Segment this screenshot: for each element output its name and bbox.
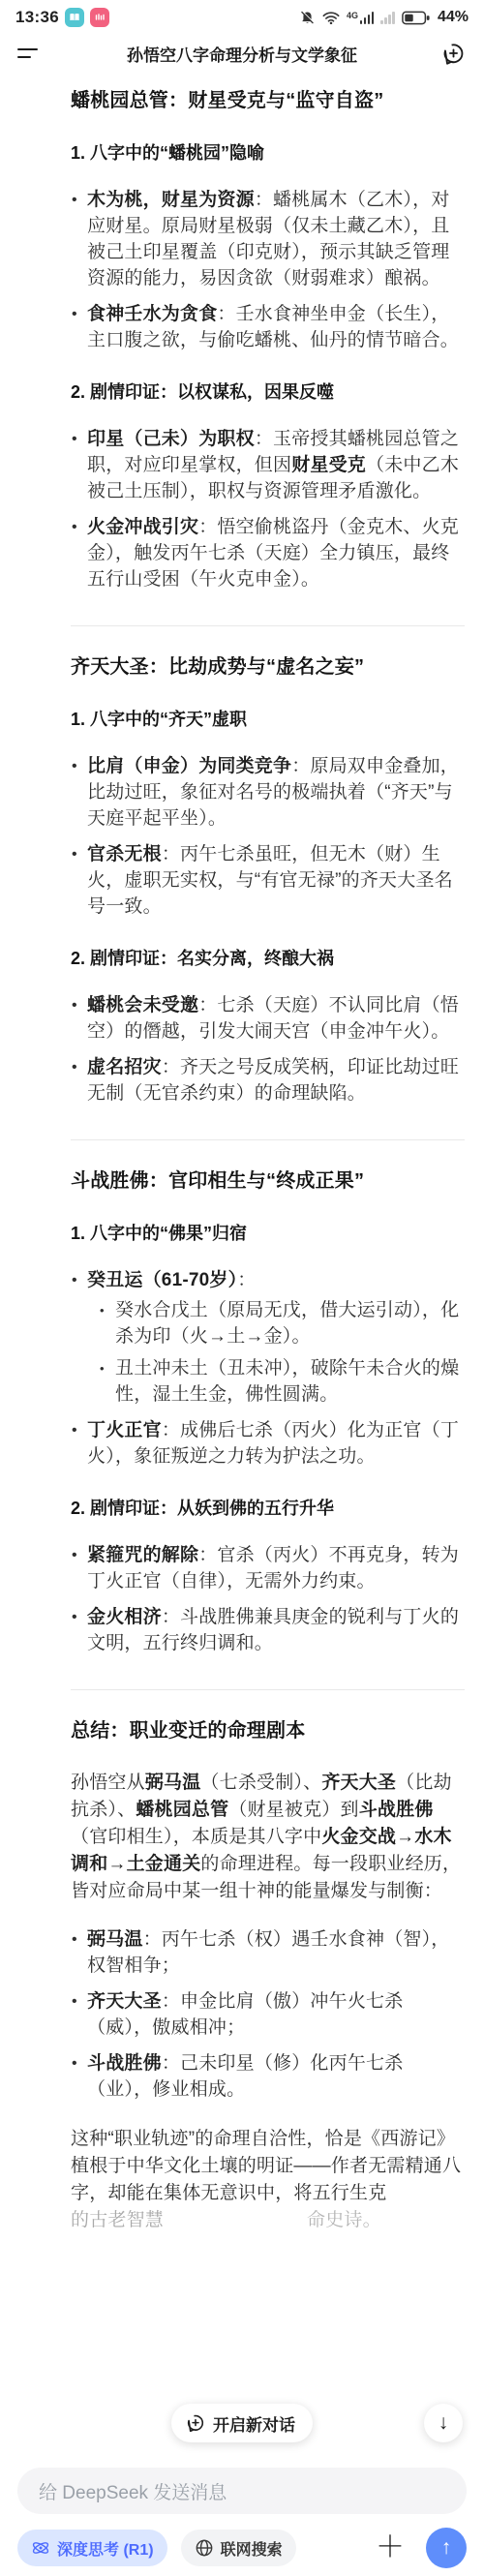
section-divider [71, 1689, 465, 1690]
section-divider [71, 1139, 465, 1140]
list-item: 弼马温：丙午七杀（权）遇壬水食神（智），权智相争； [71, 1926, 465, 1979]
battery-percent: 44% [438, 9, 469, 26]
phone-screen: 13:36 4G 44% [0, 0, 484, 2576]
message-input[interactable]: 给 DeepSeek 发送消息 [17, 2468, 467, 2514]
bullet-list: 比肩（申金）为同类竞争：原局双申金叠加，比劫过旺，象征对名号的极端执着（“齐天”… [71, 753, 465, 920]
bullet-list: 木为桃，财星为资源：蟠桃属木（乙木），对应财星。原局财星极弱（仅未土藏乙木），且… [71, 187, 465, 353]
list-item: 癸丑运（61-70岁）： 癸水合戊土（原局无戊，借大运引动），化杀为印（火→土→… [71, 1267, 465, 1408]
web-search-toggle[interactable]: 联网搜索 [181, 2530, 296, 2566]
chat-bubble-plus-icon [185, 2412, 206, 2434]
list-item: 虚名招灾：齐天之号反成笑柄，印证比劫过旺无制（无官杀约束）的命理缺陷。 [71, 1054, 465, 1106]
bullet-list: 印星（己未）为职权：玉帝授其蟠桃园总管之职，对应印星掌权，但因财星受克（未中乙木… [71, 426, 465, 592]
subsection-heading: 1. 八字中的“蟠桃园”隐喻 [71, 141, 465, 166]
bullet-list: 紧箍咒的解除：官杀（丙火）不再克身，转为丁火正官（自律），无需外力约束。 金火相… [71, 1542, 465, 1656]
list-item: 印星（己未）为职权：玉帝授其蟠桃园总管之职，对应印星掌权，但因财星受克（未中乙木… [71, 426, 465, 504]
composer: 给 DeepSeek 发送消息 深度思考 (R1) 联网搜索 ＋ ↑ [0, 2468, 484, 2576]
list-item: 斗战胜佛：己未印星（修）化丙午七杀（业），修业相成。 [71, 2050, 465, 2103]
battery-icon [402, 11, 431, 25]
app-header: 孙悟空八字命理分析与文学象征 [0, 31, 484, 76]
network-type-label: 4G [347, 11, 358, 20]
nested-list-item: 癸水合戊土（原局无戊，借大运引动），化杀为印（火→土→金）。 [100, 1297, 465, 1349]
globe-icon [195, 2538, 214, 2558]
subsection-heading: 2. 剧情印证：名实分离，终酿大祸 [71, 947, 465, 971]
nested-list-item: 丑土冲未土（丑未冲），破除午未合火的燥性，湿土生金，佛性圆满。 [100, 1355, 465, 1408]
pink-app-icon [90, 8, 109, 27]
composer-toolbar: 深度思考 (R1) 联网搜索 ＋ ↑ [17, 2528, 467, 2568]
list-item: 火金冲战引灾：悟空偷桃盗丹（金克木、火克金），触发丙午七杀（天庭）全力镇压，最终… [71, 514, 465, 592]
bullet-list: 蟠桃会未受邀：七杀（天庭）不认同比肩（悟空）的僭越，引发大闹天宫（申金冲午火）。… [71, 992, 465, 1106]
status-bar: 13:36 4G 44% [0, 0, 484, 31]
send-button[interactable]: ↑ [426, 2528, 467, 2568]
scroll-to-bottom-button[interactable]: ↓ [424, 2404, 463, 2442]
input-placeholder: 给 DeepSeek 发送消息 [39, 2478, 227, 2504]
list-item: 蟠桃会未受邀：七杀（天庭）不认同比肩（悟空）的僭越，引发大闹天宫（申金冲午火）。 [71, 992, 465, 1045]
new-conversation-button[interactable]: 开启新对话 [171, 2404, 313, 2442]
list-item: 紧箍咒的解除：官杀（丙火）不再克身，转为丁火正官（自律），无需外力约束。 [71, 1542, 465, 1594]
clock: 13:36 [15, 8, 59, 27]
subsection-heading: 1. 八字中的“佛果”归宿 [71, 1222, 465, 1246]
assistant-message: 蟠桃园总管：财星受克与“监守自盗” 1. 八字中的“蟠桃园”隐喻 木为桃，财星为… [0, 76, 484, 2234]
list-item: 比肩（申金）为同类竞争：原局双申金叠加，比劫过旺，象征对名号的极端执着（“齐天”… [71, 753, 465, 832]
sidebar-menu-icon[interactable] [17, 48, 39, 59]
bullet-list: 弼马温：丙午七杀（权）遇壬水食神（智），权智相争； 齐天大圣：申金比肩（傲）冲午… [71, 1926, 465, 2103]
closing-paragraph: 这种“职业轨迹”的命理自洽性，恰是《西游记》植根于中华文化土壤的明证——作者无需… [71, 2126, 465, 2207]
secondary-signal-icon [380, 12, 395, 24]
list-item: 齐天大圣：申金比肩（傲）冲午火七杀（威），傲威相冲； [71, 1988, 465, 2041]
arrow-down-icon: ↓ [439, 2411, 449, 2435]
closing-paragraph-faded-line: 的古老智慧 命史诗。 [71, 2207, 465, 2234]
bullet-list: 癸丑运（61-70岁）： 癸水合戊土（原局无戊，借大运引动），化杀为印（火→土→… [71, 1267, 465, 1470]
subsection-heading: 2. 剧情印证：从妖到佛的五行升华 [71, 1497, 465, 1521]
new-chat-icon[interactable] [440, 41, 467, 67]
floating-actions: 开启新对话 ↓ [0, 2404, 484, 2442]
summary-paragraph: 孙悟空从弼马温（七杀受制）、齐天大圣（比劫抗杀）、蟠桃园总管（财星被克）到斗战胜… [71, 1770, 465, 1905]
arrow-up-icon: ↑ [441, 2536, 452, 2560]
list-item: 丁火正官：成佛后七杀（丙火）化为正官（丁火），象征叛逆之力转为护法之功。 [71, 1417, 465, 1470]
summary-title: 总结：职业变迁的命理剧本 [71, 1717, 465, 1744]
bell-muted-icon [299, 10, 316, 26]
cellular-signal-icon: 4G [347, 12, 375, 24]
section-title: 斗战胜佛：官印相生与“终成正果” [71, 1167, 465, 1195]
atom-icon [31, 2538, 50, 2558]
conversation-title: 孙悟空八字命理分析与文学象征 [127, 42, 357, 66]
deep-think-toggle[interactable]: 深度思考 (R1) [17, 2530, 167, 2566]
section-divider [71, 625, 465, 626]
subsection-heading: 1. 八字中的“齐天”虚职 [71, 708, 465, 732]
list-item: 木为桃，财星为资源：蟠桃属木（乙木），对应财星。原局财星极弱（仅未土藏乙木），且… [71, 187, 465, 291]
attach-plus-button[interactable]: ＋ [370, 2533, 410, 2562]
section-title: 蟠桃园总管：财星受克与“监守自盗” [71, 87, 465, 114]
section-title: 齐天大圣：比劫成势与“虚名之妄” [71, 653, 465, 681]
wifi-icon [322, 11, 340, 25]
subsection-heading: 2. 剧情印证：以权谋私，因果反噬 [71, 380, 465, 405]
list-item: 食神壬水为贪食：壬水食神坐申金（长生），主口腹之欲，与偷吃蟠桃、仙丹的情节暗合。 [71, 301, 465, 353]
nested-bullet-list: 癸水合戊土（原局无戊，借大运引动），化杀为印（火→土→金）。 丑土冲未土（丑未冲… [87, 1297, 465, 1408]
list-item: 官杀无根：丙午七杀虽旺，但无木（财）生火，虚职无实权，与“有官无禄”的齐天大圣名… [71, 841, 465, 920]
reading-app-icon [65, 8, 84, 27]
list-item: 金火相济：斗战胜佛兼具庚金的锐利与丁火的文明，五行终归调和。 [71, 1604, 465, 1656]
